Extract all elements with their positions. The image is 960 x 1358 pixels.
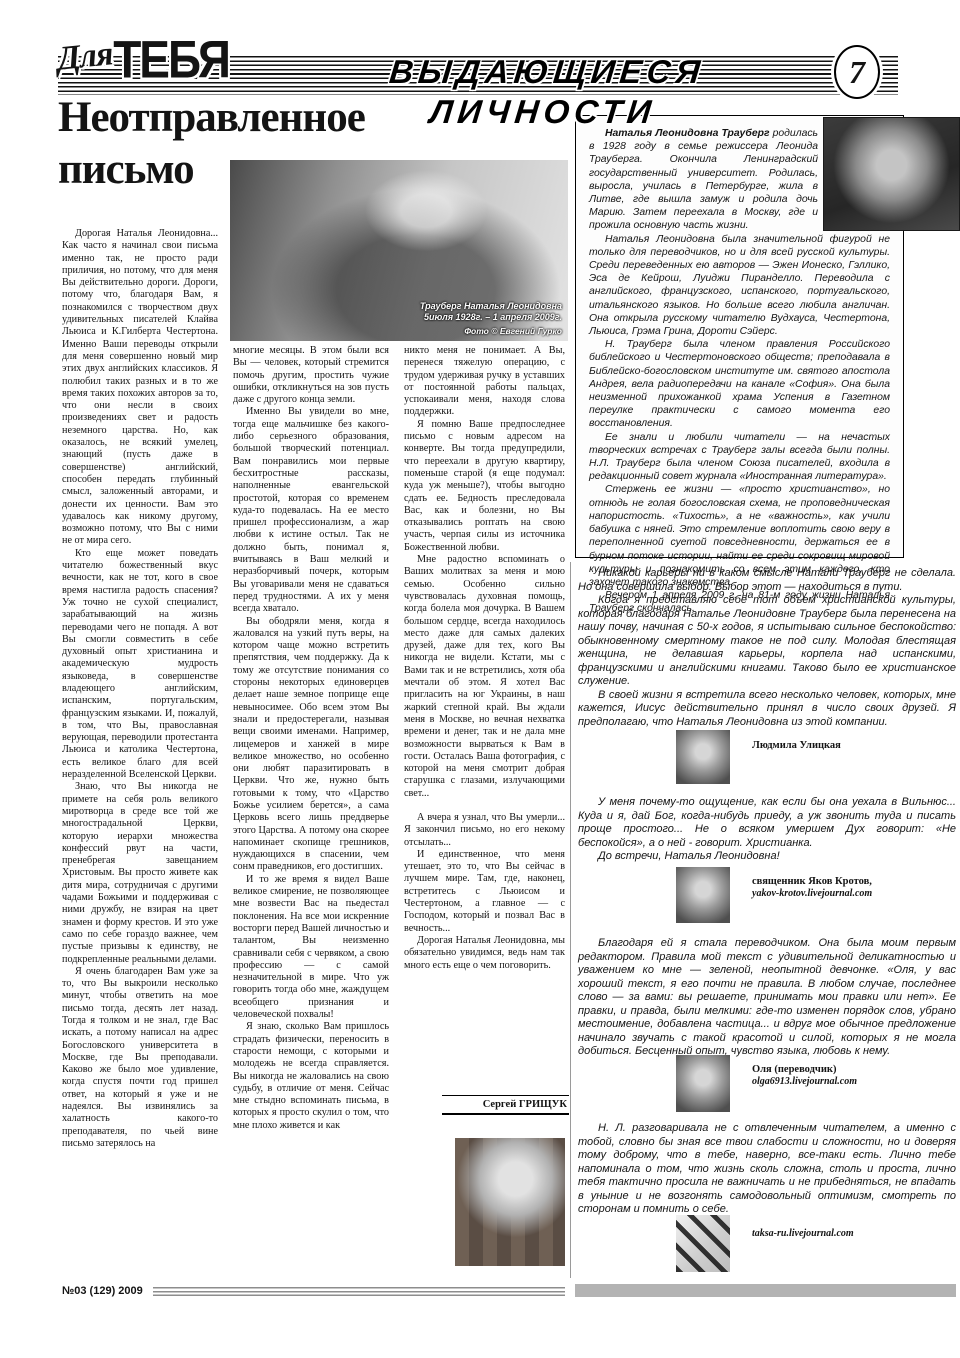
bio-portrait-photo xyxy=(823,117,960,231)
portrait-olya xyxy=(676,1055,730,1112)
page-number: 7 xyxy=(849,54,865,91)
quote-link: olga6913.livejournal.com xyxy=(752,1076,957,1088)
quote-author: Оля (переводчик) xyxy=(752,1064,957,1076)
paragraph: Дорогая Наталья Леонидовна, мы обязатель… xyxy=(404,935,565,972)
portrait-ulitskaya xyxy=(676,730,730,784)
paragraph: И единственное, что меня утешает, это то… xyxy=(404,849,565,935)
issue-number: №03 (129) 2009 xyxy=(62,1285,143,1297)
logo-word-tebya: ТЕБЯ xyxy=(113,33,229,86)
portrait-taksa-drawing xyxy=(676,1215,730,1272)
bio-intro-text: родилась в 1928 году в семье режиссера Л… xyxy=(589,128,818,231)
author-signature: Сергей ГРИЩУК xyxy=(442,1095,569,1115)
footer-rule-stripes xyxy=(153,1287,565,1296)
paragraph: Кто еще может поведать читателю божестве… xyxy=(62,548,218,782)
quote-caption-ulitskaya: Людмила Улицкая xyxy=(752,740,957,752)
paragraph: Благодаря ей я стала переводчиком. Она б… xyxy=(578,937,956,1059)
column-divider-rule xyxy=(570,562,571,1278)
caption-name: Трауберг Наталья Леонидовна xyxy=(420,301,562,312)
paragraph: Я знаю, сколько Вам пришлось страдать фи… xyxy=(233,1021,389,1132)
paragraph: Наталья Леонидовна была значительной фиг… xyxy=(589,233,890,339)
quote-author: Людмила Улицкая xyxy=(752,740,957,752)
paragraph: Дорогая Наталья Леонидовна... Как часто … xyxy=(62,228,218,548)
paragraph: Никакой карьеры ни в каком смысле Натали… xyxy=(578,567,956,594)
paragraph: никто меня не понимает. А Вы, перенеся т… xyxy=(404,345,565,419)
quote-caption-taksa: taksa-ru.livejournal.com xyxy=(752,1228,957,1240)
author-photo xyxy=(455,1138,565,1266)
newspaper-logo: Для ТЕБЯ xyxy=(58,36,229,82)
paragraph: Я очень благодарен Вам уже за то, что Вы… xyxy=(62,966,218,1150)
paragraph: В своей жизни я встретила всего нескольк… xyxy=(578,689,956,730)
article-column-2: многие месяцы. В этом были вся Вы — чело… xyxy=(233,345,389,1283)
paragraph: Я помню Ваше предпоследнее письмо с новы… xyxy=(404,419,565,554)
footer-gray-bar xyxy=(575,1284,956,1297)
article-headline: Неотправленное письмо xyxy=(58,92,408,196)
quote-caption-krotov: священник Яков Кротов, yakov-krotov.live… xyxy=(752,876,957,900)
main-photo-caption: Трауберг Наталья Леонидовна 5июля 1928г.… xyxy=(420,301,562,337)
paragraph: До встречи, Наталья Леонидовна! xyxy=(578,850,956,864)
caption-dates: 5июля 1928г. – 1 апреля 2009г. xyxy=(420,312,562,323)
quote-ulitskaya: Никакой карьеры ни в каком смысле Натали… xyxy=(578,567,956,729)
page-number-badge: 7 xyxy=(834,45,880,99)
quote-link: taksa-ru.livejournal.com xyxy=(752,1228,957,1240)
paragraph: Знаю, что Вы никогда не примете на себя … xyxy=(62,781,218,965)
quote-author: священник Яков Кротов, xyxy=(752,876,957,888)
paragraph: Мне радостно вспоминать о Ваших молитвах… xyxy=(404,554,565,800)
quote-krotov: У меня почему-то ощущение, как если бы о… xyxy=(578,796,956,864)
portrait-krotov xyxy=(676,867,730,923)
paragraph: Н. Л. разговаривала не с отвлеченным чит… xyxy=(578,1122,956,1217)
paragraph: Именно Вы увидели во мне, тогда еще маль… xyxy=(233,406,389,615)
paragraph: Ее знали и любили читатели — на нечастых… xyxy=(589,431,890,484)
article-column-3: никто меня не понимает. А Вы, перенеся т… xyxy=(404,345,565,1090)
article-column-1: Дорогая Наталья Леонидовна... Как часто … xyxy=(62,228,218,1280)
quote-link: yakov-krotov.livejournal.com xyxy=(752,888,957,900)
paragraph: Когда я представляю себе тот объем христ… xyxy=(578,594,956,689)
paragraph: У меня почему-то ощущение, как если бы о… xyxy=(578,796,956,850)
paragraph: Вы ободряли меня, когда я жаловался на у… xyxy=(233,616,389,874)
paragraph: И то же время я видел Ваше великое смире… xyxy=(233,874,389,1022)
quote-taksa: Н. Л. разговаривала не с отвлеченным чит… xyxy=(578,1122,956,1217)
bio-paragraphs: Наталья Леонидовна была значительной фиг… xyxy=(589,233,890,616)
quote-caption-olya: Оля (переводчик) olga6913.livejournal.co… xyxy=(752,1064,957,1088)
paragraph: многие месяцы. В этом были вся Вы — чело… xyxy=(233,345,389,406)
paragraph: Н. Трауберг была членом правления Россий… xyxy=(589,338,890,430)
logo-word-dlya: Для xyxy=(56,37,114,77)
quote-olya: Благодаря ей я стала переводчиком. Она б… xyxy=(578,937,956,1059)
paragraph: А вчера я узнал, что Вы умерли... Я зако… xyxy=(404,812,565,849)
newspaper-page: Для ТЕБЯ ВЫДАЮЩИЕСЯ ЛИЧНОСТИ 7 Неотправл… xyxy=(0,0,960,1358)
photo-credit: Фото © Евгений Гурко xyxy=(420,326,562,337)
